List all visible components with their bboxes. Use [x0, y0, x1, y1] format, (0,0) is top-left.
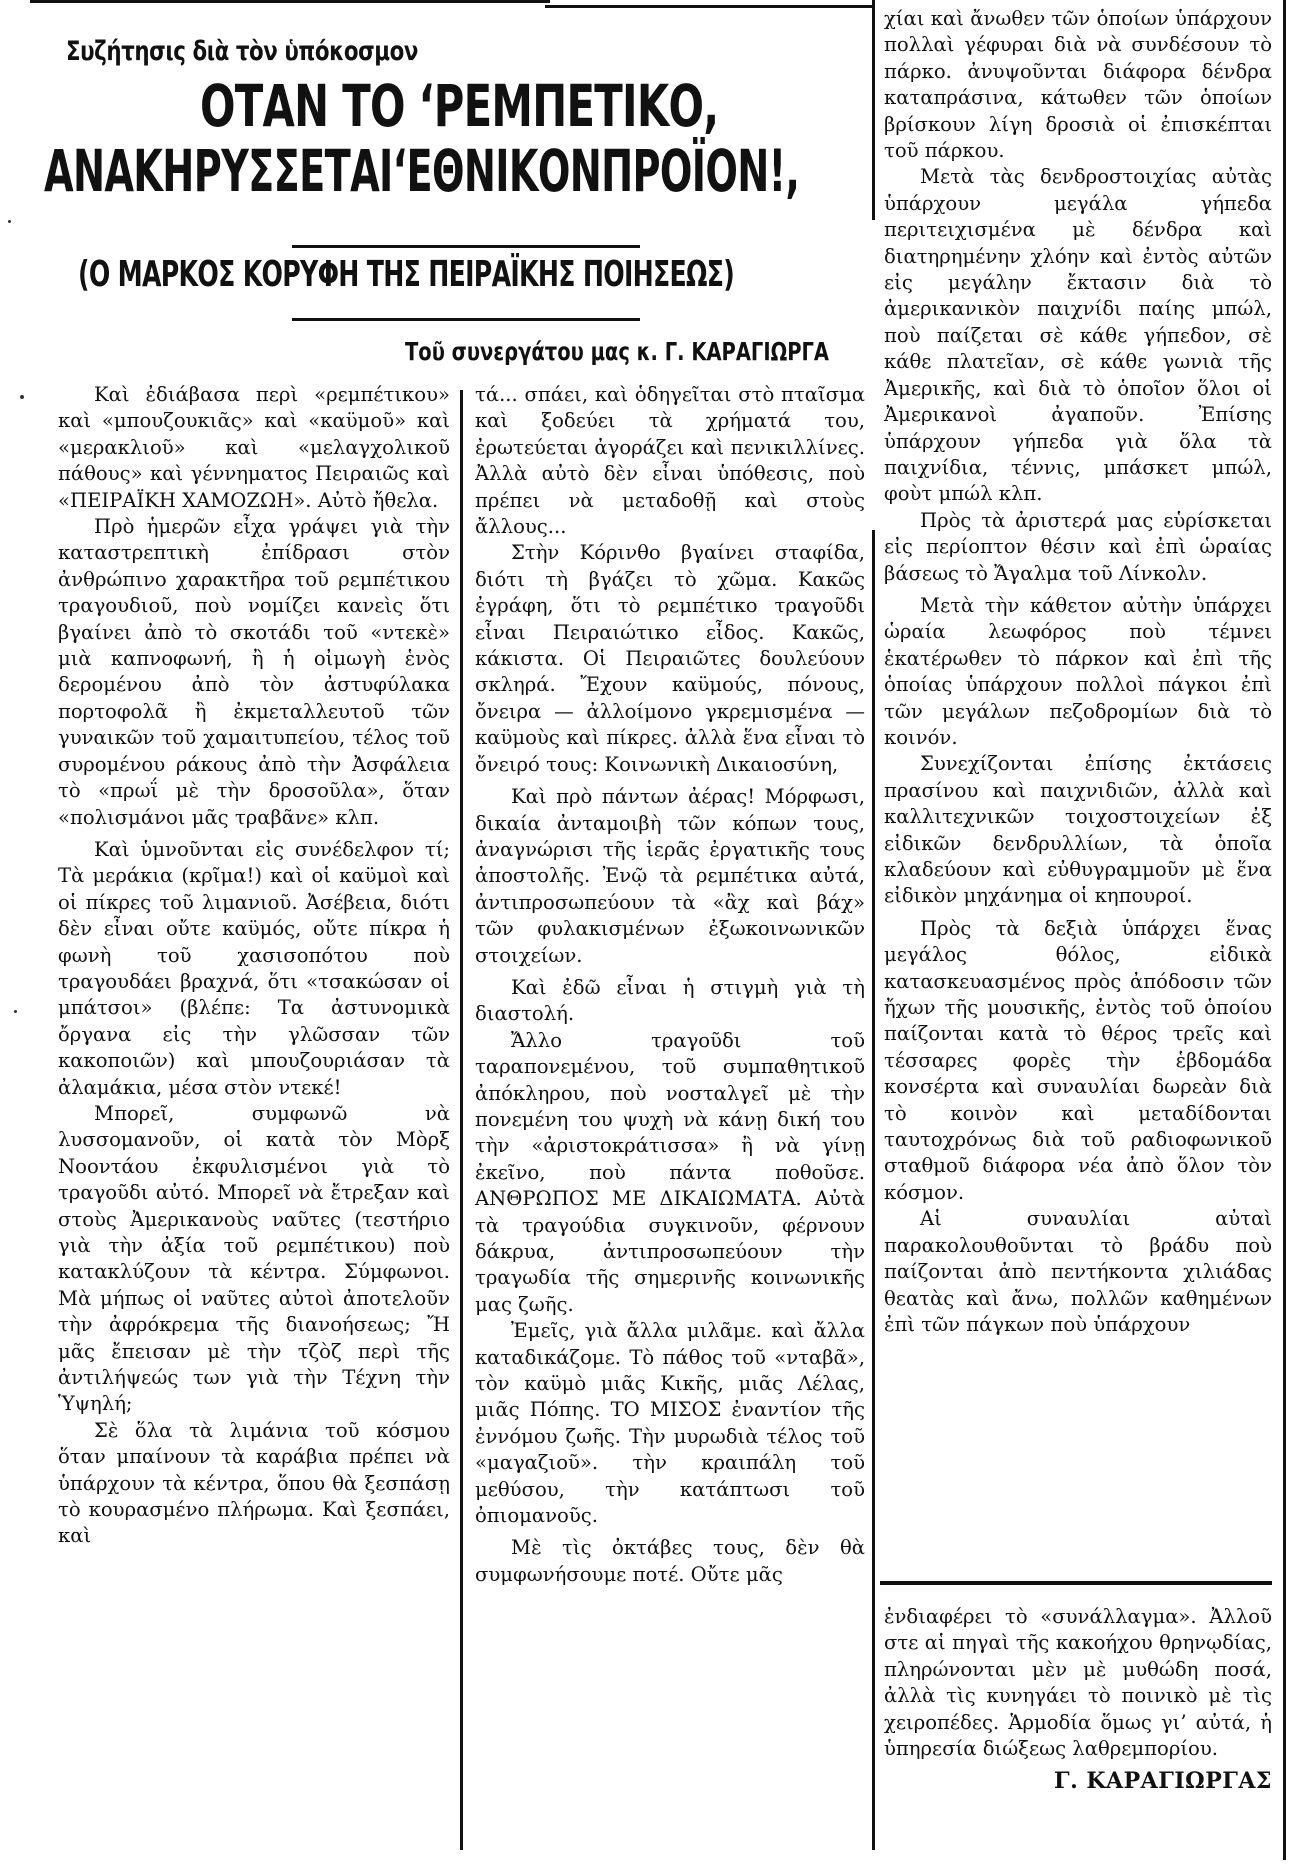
- paragraph: Μὲ τὶς ὀκτάβες τους, δὲν θὰ συμφωνήσουμε…: [475, 1535, 865, 1588]
- paragraph: Μετὰ τὰς δενδροστοιχίας αὐτὰς ὑπάρχουν μ…: [884, 164, 1272, 507]
- column-divider-2-top: [872, 0, 875, 220]
- article-column-3-lower: ἐνδιαφέρει τὸ «συνάλλαγμα». Ἀλλοῦ στε αἱ…: [884, 1604, 1272, 1795]
- author-signature: Γ. ΚΑΡΑΓΙΩΡΓΑΣ: [884, 1768, 1272, 1794]
- print-speck: [14, 1010, 17, 1013]
- paragraph: Πρὸ ἡμερῶν εἶχα γράψει γιὰ τὴν καταστρεπ…: [58, 514, 450, 831]
- article-column-2: τά... σπάει, καὶ ὁδηγεῖται στὸ πταῖσμα κ…: [475, 382, 865, 1588]
- column-divider-1: [460, 390, 463, 1850]
- print-speck: [20, 395, 24, 399]
- paragraph: Αἱ συναυλίαι αὐταὶ παρακολουθοῦνται τὸ β…: [884, 1206, 1272, 1338]
- adjacent-column-fragment: [1290, 0, 1310, 1865]
- header-divider-1: [292, 245, 640, 248]
- headline-line-1: ΟΤΑΝ ΤΟ ‘ΡΕΜΠΕΤΙΚΟ,: [200, 72, 718, 140]
- paragraph: ἐνδιαφέρει τὸ «συνάλλαγμα». Ἀλλοῦ στε αἱ…: [884, 1604, 1272, 1762]
- paragraph: Ἄλλο τραγοῦδι τοῦ ταραπονεμένου, τοῦ συμ…: [475, 1028, 865, 1318]
- top-rule-left: [30, 0, 550, 3]
- paragraph: Ἐμεῖς, γιὰ ἄλλα μιλᾶμε. καὶ ἄλλα καταδικ…: [475, 1318, 865, 1529]
- byline: Τοῦ συνεργάτου μας κ. Γ. ΚΑΡΑΓΙΩΡΓΑ: [405, 337, 829, 366]
- paragraph: τά... σπάει, καὶ ὁδηγεῖται στὸ πταῖσμα κ…: [475, 382, 865, 540]
- article-column-3-upper: χίαι καὶ ἄνωθεν τῶν ὁποίων ὑπάρχουν πολλ…: [884, 6, 1272, 1338]
- kicker: Συζήτησις διὰ τὸν ὑπόκοσμον: [66, 36, 418, 67]
- paragraph: Μπορεῖ, συμφωνῶ νὰ λυσσομανοῦν, οἱ κατὰ …: [58, 1101, 450, 1418]
- paragraph: Καὶ ἐδιάβασα περὶ «ρεμπέτικου» καὶ «μπου…: [58, 382, 450, 514]
- paragraph: χίαι καὶ ἄνωθεν τῶν ὁποίων ὑπάρχουν πολλ…: [884, 6, 1272, 164]
- print-speck: [8, 220, 11, 223]
- paragraph: Μετὰ τὴν κάθετον αὐτὴν ὑπάρχει ὡραία λεω…: [884, 593, 1272, 751]
- subheadline: (Ο ΜΑΡΚΟΣ ΚΟΡΥΦΗ ΤΗΣ ΠΕΙΡΑΪΚΗΣ ΠΟΙΗΣΕΩΣ): [78, 254, 734, 295]
- paragraph: Καὶ πρὸ πάντων ἀέρας! Μόρφωσι, δικαία ἀν…: [475, 784, 865, 969]
- paragraph: Καὶ ἐδῶ εἶναι ἡ στιγμὴ γιὰ τὴ διαστολή.: [475, 975, 865, 1028]
- column-divider-3: [1283, 0, 1286, 1860]
- article-column-1: Καὶ ἐδιάβασα περὶ «ρεμπέτικου» καὶ «μπου…: [58, 382, 450, 1550]
- top-rule-right: [545, 5, 875, 8]
- headline-line-2: ΑΝΑΚΗΡΥΣΣΕΤΑΙ‘ΕΘΝΙΚΟΝΠΡΟΪΟΝ!,: [44, 137, 799, 205]
- paragraph: Πρὸς τὰ δεξιὰ ὑπάρχει ἕνας μεγάλος θόλος…: [884, 916, 1272, 1206]
- paragraph: Καὶ ὑμνοῦνται εἰς συνέδελφον τί; Τὰ μερά…: [58, 837, 450, 1101]
- header-divider-2: [292, 318, 640, 321]
- paragraph: Στὴν Κόρινθο βγαίνει σταφίδα, διότι τὴ β…: [475, 540, 865, 778]
- column-3-section-rule: [880, 1581, 1272, 1585]
- paragraph: Σὲ ὅλα τὰ λιμάνια τοῦ κόσμου ὅταν μπαίνο…: [58, 1418, 450, 1550]
- column-divider-2: [872, 530, 875, 1850]
- paragraph: Πρὸς τὰ ἀριστερά μας εὑρίσκεται εἰς περί…: [884, 508, 1272, 587]
- paragraph: Συνεχίζονται ἐπίσης ἐκτάσεις πρασίνου κα…: [884, 751, 1272, 909]
